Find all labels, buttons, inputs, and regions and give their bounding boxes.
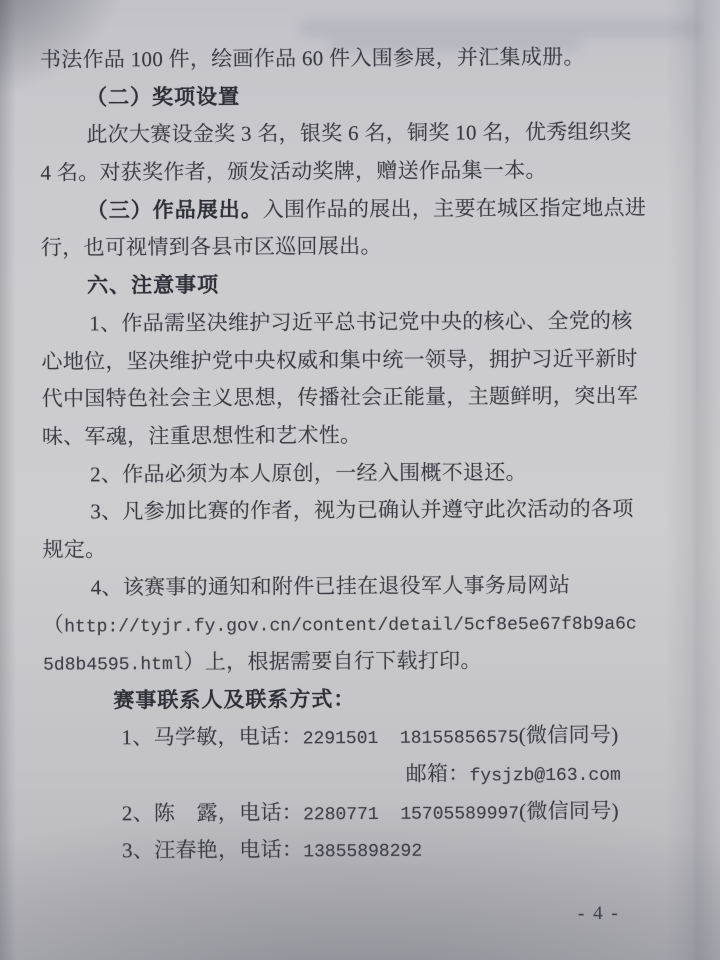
document-line: 4、该赛事的通知和附件已挂在退役军人事务局网站	[91, 566, 683, 607]
document-line: 2、陈 露，电话：2280771 15705589997(微信同号)	[122, 792, 684, 833]
document-line: 此次大赛设金奖 3 名，银奖 6 名，铜奖 10 名，优秀组织奖	[86, 114, 680, 155]
document-line: 行，也可视情到各县市区巡回展出。	[41, 227, 681, 268]
body-text: 代中国特色社会主义思想，传播社会正能量，主题鲜明，突出军	[42, 384, 639, 411]
document-line: 2、作品必须为本人原创，一经入围概不退还。	[90, 453, 682, 494]
body-text: 此次大赛设金奖 3 名，银奖 6 名，铜奖 10 名，优秀组织奖	[86, 120, 631, 147]
document-lines: 书法作品 100 件，绘画作品 60 件入围参展，并汇集成册。（二）奖项设置此次…	[40, 38, 684, 870]
heading-text: （三）作品展出。	[87, 197, 263, 222]
document-line: 味、军魂，注重思想性和艺术性。	[42, 415, 682, 456]
heading-text: 六、注意事项	[87, 273, 219, 298]
document-line: （http://tyjr.fy.gov.cn/content/detail/5c…	[43, 604, 683, 645]
document-line: 1、马学敏，电话：2291501 18155856575(微信同号)	[121, 717, 683, 758]
body-text: 2、陈 露，电话：	[122, 800, 303, 825]
body-text: (微信同号)	[519, 723, 619, 748]
latin-text: fysjzb@163.com	[470, 766, 621, 787]
heading-text: 赛事联系人及联系方式：	[113, 687, 355, 712]
document-line: 书法作品 100 件，绘画作品 60 件入围参展，并汇集成册。	[40, 38, 680, 79]
document-line: 心地位，坚决维护党中央权威和集中统一领导，拥护习近平新时	[41, 340, 681, 381]
document-line: 3、凡参加比赛的作者，视为已确认并遵守此次活动的各项	[90, 491, 682, 532]
document-line: 1、作品需坚决维护习近平总书记党中央的核心、全党的核	[89, 302, 681, 343]
document-page-photo: 书法作品 100 件，绘画作品 60 件入围参展，并汇集成册。（二）奖项设置此次…	[0, 0, 720, 960]
body-text: 3、汪春艳，电话：	[122, 838, 303, 863]
document-line: 六、注意事项	[87, 264, 681, 305]
body-text: 书法作品 100 件，绘画作品 60 件入围参展，并汇集成册。	[40, 45, 585, 72]
latin-text: 2291501 18155856575	[303, 729, 519, 750]
page-number: - 4 -	[578, 903, 620, 925]
heading-text: （二）奖项设置	[86, 84, 240, 109]
body-text: 4、该赛事的通知和附件已挂在退役军人事务局网站	[91, 573, 571, 600]
document-line: （二）奖项设置	[86, 76, 680, 117]
latin-text: http://tyjr.fy.gov.cn/content/detail/5cf…	[64, 615, 637, 638]
body-text: 1、作品需坚决维护习近平总书记党中央的核心、全党的核	[89, 308, 632, 335]
document-line: 邮箱：fysjzb@163.com	[406, 754, 684, 793]
body-text: 4 名。对获奖作者，颁发活动奖牌，赠送作品集一本。	[40, 158, 546, 185]
body-text: 2、作品必须为本人原创，一经入围概不退还。	[90, 460, 527, 486]
body-text: 1、马学敏，电话：	[121, 725, 302, 750]
body-text: 入围作品的展出，主要在城区指定地点进	[263, 195, 647, 221]
body-text: （	[43, 613, 64, 637]
document-line: 赛事联系人及联系方式：	[113, 679, 683, 720]
body-text: 行，也可视情到各县市区巡回展出。	[41, 234, 382, 260]
bleedthrough-ghost-text	[300, 20, 700, 37]
document-line: 代中国特色社会主义思想，传播社会正能量，主题鲜明，突出军	[42, 378, 682, 419]
document-line: 3、汪春艳，电话：13855898292	[122, 830, 684, 871]
body-text: (微信同号)	[519, 798, 619, 823]
body-text: 规定。	[42, 537, 106, 561]
document-line: 4 名。对获奖作者，颁发活动奖牌，赠送作品集一本。	[40, 151, 680, 192]
document-line: 规定。	[42, 528, 682, 569]
latin-text: 5d8b4595.html	[43, 655, 184, 676]
document-line: （三）作品展出。入围作品的展出，主要在城区指定地点进	[87, 189, 681, 230]
document-line: 5d8b4595.html）上，根据需要自行下载打印。	[43, 641, 683, 682]
body-text: 味、军魂，注重思想性和艺术性。	[42, 423, 362, 449]
body-text: 3、凡参加比赛的作者，视为已确认并遵守此次活动的各项	[90, 497, 633, 524]
latin-text: 13855898292	[303, 842, 422, 863]
body-text: ）上，根据需要自行下载打印。	[183, 648, 481, 674]
body-text: 心地位，坚决维护党中央权威和集中统一领导，拥护习近平新时	[41, 346, 638, 373]
latin-text: 2280771 15705589997	[303, 804, 519, 825]
body-text: 邮箱：	[406, 762, 470, 786]
